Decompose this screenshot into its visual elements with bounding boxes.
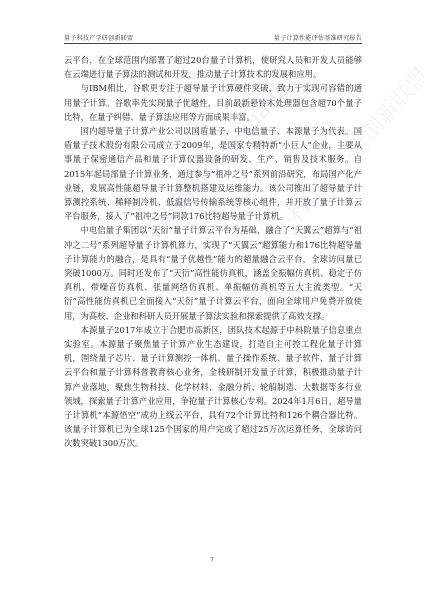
page-header: 量子科技产学研创新联盟 量子计算性能评估基准研究报告: [64, 30, 362, 44]
header-left-title: 量子科技产学研创新联盟: [64, 33, 133, 42]
page-number: 7: [0, 556, 424, 564]
page-body: 云平台，在全球范围内部署了超过20台量子计算机，使研究人员和开发人员能够在云端进…: [64, 53, 362, 451]
header-right-title: 量子计算性能评估基准研究报告: [274, 33, 362, 42]
paragraph: 云平台，在全球范围内部署了超过20台量子计算机，使研究人员和开发人员能够在云端进…: [64, 53, 362, 81]
paragraph: 中电信量子集团以“天衍”量子计算云平台为基础，融合了“天翼云”超算与“祖冲之二号…: [64, 223, 362, 322]
paragraph: 与IBM相比，谷歌更专注于超导量子计算硬件突破，致力于实现可容错的通用量子计算。…: [64, 81, 362, 124]
paragraph: 本源量子2017年成立于合肥市高新区，团队技术起源于中科院量子信息重点实验室。本…: [64, 323, 362, 451]
paragraph: 国内超导量子计算产业公司以国盾量子、中电信量子、本源量子为代表。国盾量子技术股份…: [64, 124, 362, 223]
